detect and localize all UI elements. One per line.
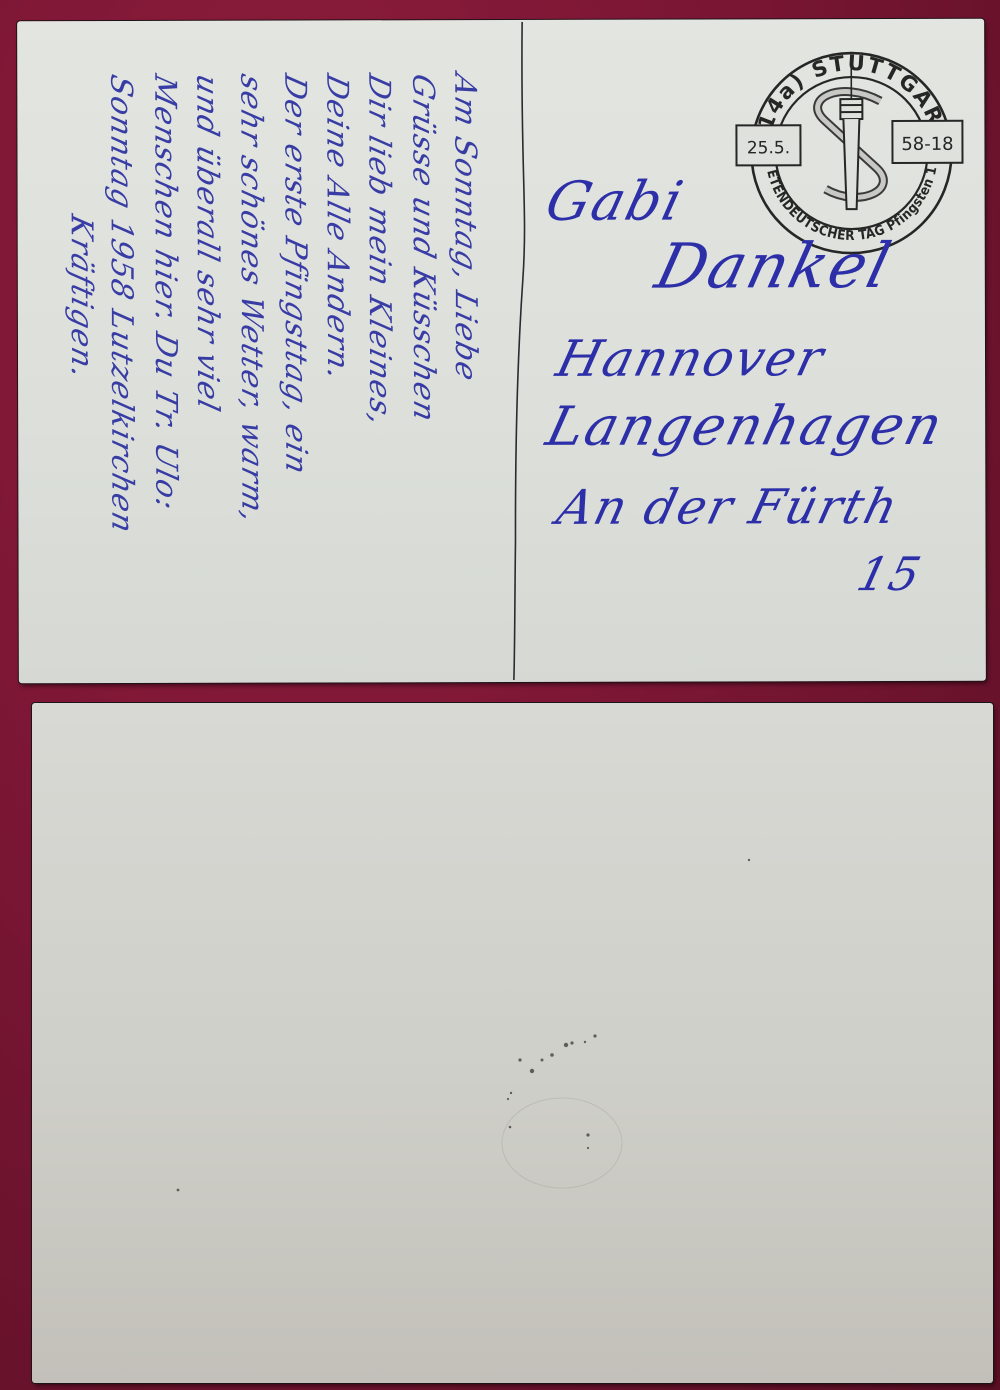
postmark-time: 58-18 <box>901 134 953 155</box>
message-line: und überall sehr viel <box>189 71 225 415</box>
recipient-district: Langenhagen <box>540 394 950 458</box>
message-line: Menschen hier. Du Tr. Ulo: <box>147 71 183 514</box>
postcard-front: Am Sonntag, Liebe Grüsse und Küsschen Di… <box>17 19 986 684</box>
message-line: Sonntag 1958 Lutzelkirchen <box>103 71 139 537</box>
message-line: sehr schönes Wetter, warm, <box>233 71 269 528</box>
message-line: Kräftigen. <box>64 211 99 383</box>
postmark-stamp: (14a) STUTTGART SUDETENDEUTSCHER TAG Pfi… <box>730 49 971 258</box>
message-line: Der erste Pfingsttag, ein <box>277 71 313 479</box>
recipient-last-name: Dankel <box>649 229 900 303</box>
message-line: Grüsse und Küsschen <box>405 70 441 426</box>
message-line: Am Sonntag, Liebe <box>447 70 483 385</box>
postcard-back <box>32 703 993 1383</box>
recipient-first-name: Gabi <box>540 170 691 233</box>
faint-ink-marks <box>32 703 993 1383</box>
message-line: Deine Alle Andern. <box>319 70 355 384</box>
tower-emblem-icon <box>818 67 884 209</box>
postmark-date: 25.5. <box>747 138 790 158</box>
message-line: Dir lieb mein Kleines, <box>361 70 397 430</box>
recipient-city: Hannover <box>551 329 831 388</box>
handwritten-message: Am Sonntag, Liebe Grüsse und Küsschen Di… <box>47 60 519 661</box>
recipient-house-number: 15 <box>852 547 928 601</box>
recipient-street: An der Fürth <box>552 479 905 536</box>
